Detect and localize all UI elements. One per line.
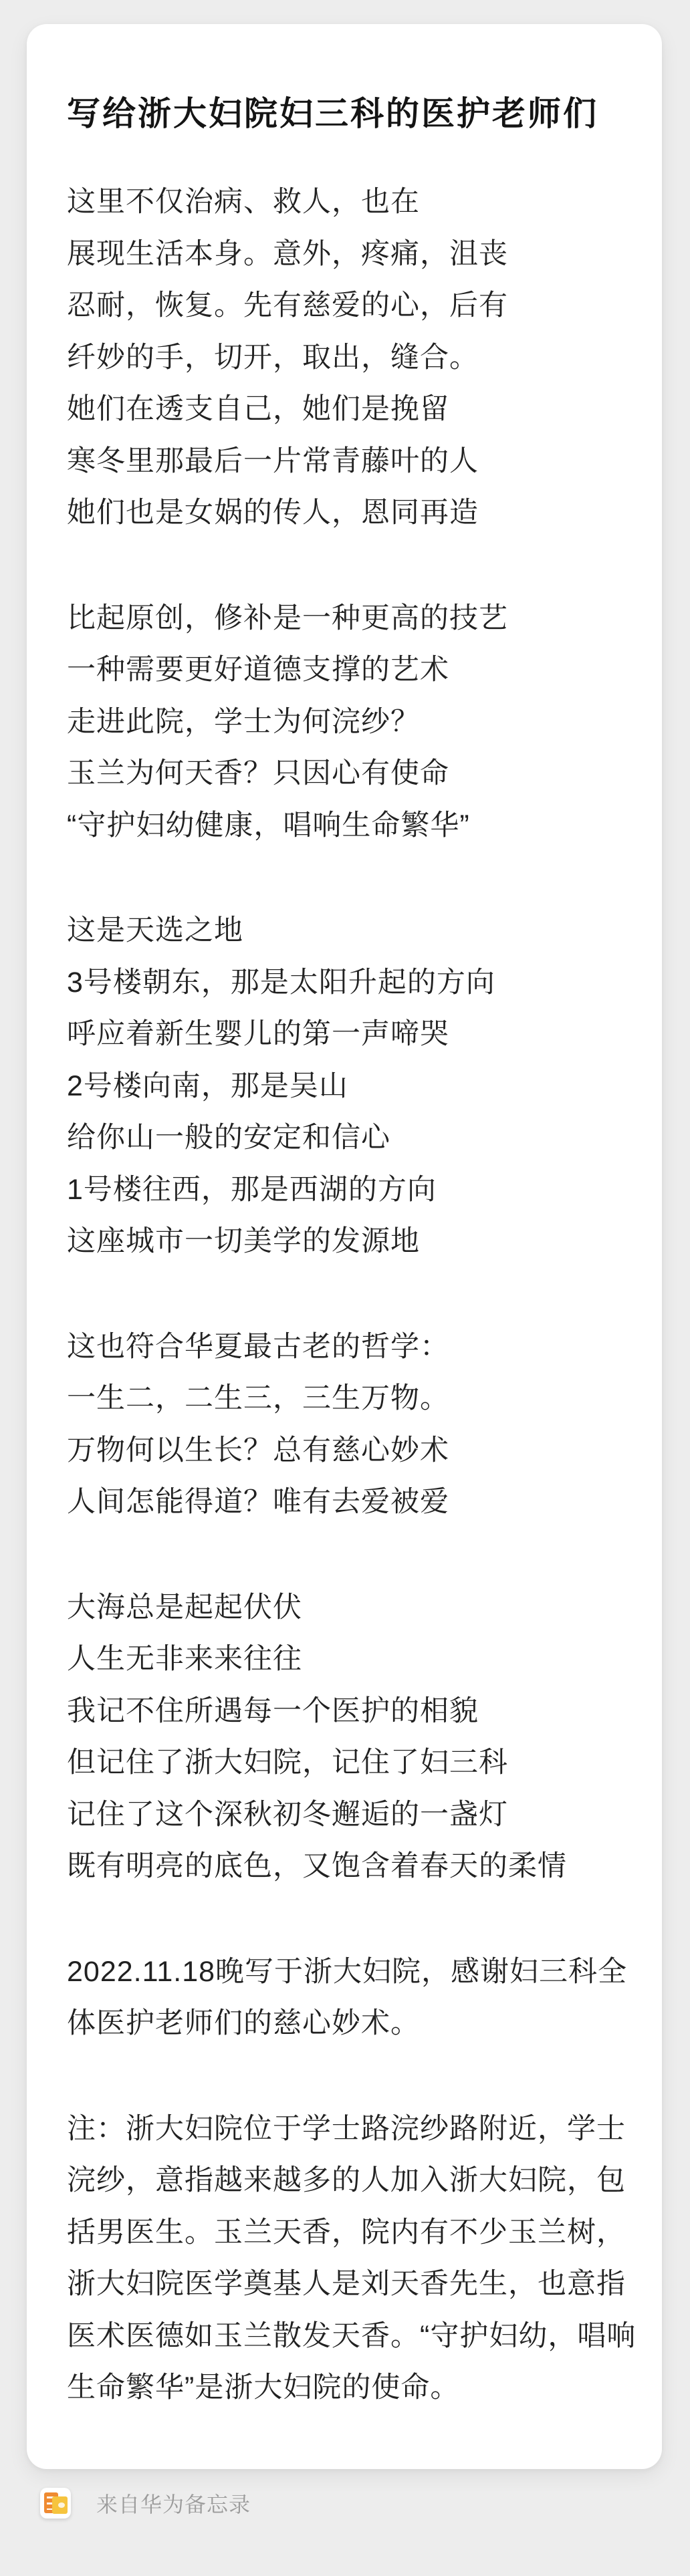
poem-line: 人间怎能得道？唯有去爱被爱 [67,1476,622,1529]
source-attribution[interactable]: 来自华为备忘录 [40,2488,251,2519]
stanza: 2022.11.18晚写于浙大妇院，感谢妇三科全体医护老师们的慈心妙术。 [67,1946,622,2050]
stanza: 比起原创，修补是一种更高的技艺一种需要更好道德支撑的艺术走进此院，学士为何浣纱？… [67,593,622,852]
poem-line: 但记住了浙大妇院，记住了妇三科 [67,1737,622,1789]
poem-line: 这座城市一切美学的发源地 [67,1216,622,1268]
stanza: 注：浙大妇院位于学士路浣纱路附近，学士浣纱，意指越来越多的人加入浙大妇院，包括男… [67,2103,622,2414]
poem-line: 生命繁华”是浙大妇院的使命。 [67,2362,622,2414]
poem-line: 忍耐，恢复。先有慈爱的心，后有 [67,280,622,332]
note-card: 写给浙大妇院妇三科的医护老师们 这里不仅治病、救人，也在展现生活本身。意外，疼痛… [27,24,662,2469]
huawei-notes-icon [40,2488,71,2519]
poem-line: 我记不住所遇每一个医护的相貌 [67,1686,622,1738]
poem-line: 大海总是起起伏伏 [67,1582,622,1634]
poem-line: 这是天选之地 [67,905,622,957]
note-body: 这里不仅治病、救人，也在展现生活本身。意外，疼痛，沮丧忍耐，恢复。先有慈爱的心，… [67,176,622,2414]
poem-line: 3号楼朝东，那是太阳升起的方向 [67,957,622,1009]
share-page: 写给浙大妇院妇三科的医护老师们 这里不仅治病、救人，也在展现生活本身。意外，疼痛… [0,0,690,2576]
stanza: 这也符合华夏最古老的哲学：一生二，二生三，三生万物。万物何以生长？总有慈心妙术人… [67,1321,622,1529]
poem-line: 既有明亮的底色，又饱含着春天的柔情 [67,1841,622,1893]
stanza: 这里不仅治病、救人，也在展现生活本身。意外，疼痛，沮丧忍耐，恢复。先有慈爱的心，… [67,176,622,539]
poem-line: 呼应着新生婴儿的第一声啼哭 [67,1009,622,1061]
poem-line: 2022.11.18晚写于浙大妇院，感谢妇三科全 [67,1946,622,1999]
poem-line: 寒冬里那最后一片常青藤叶的人 [67,436,622,488]
poem-line: 1号楼往西，那是西湖的方向 [67,1164,622,1216]
poem-line: 一生二，二生三，三生万物。 [67,1373,622,1425]
poem-line: 括男医生。玉兰天香，院内有不少玉兰树， [67,2207,622,2259]
poem-line: 比起原创，修补是一种更高的技艺 [67,593,622,645]
note-title: 写给浙大妇院妇三科的医护老师们 [67,83,622,144]
poem-line: 玉兰为何天香？只因心有使命 [67,748,622,800]
stanza: 大海总是起起伏伏人生无非来来往往我记不住所遇每一个医护的相貌但记住了浙大妇院，记… [67,1582,622,1893]
poem-line: 一种需要更好道德支撑的艺术 [67,644,622,696]
poem-line: 注：浙大妇院位于学士路浣纱路附近，学士 [67,2103,622,2156]
notes-page-glyph [52,2496,68,2514]
poem-line: 展现生活本身。意外，疼痛，沮丧 [67,229,622,281]
poem-line: 体医护老师们的慈心妙术。 [67,1998,622,2050]
poem-line: 浙大妇院医学奠基人是刘天香先生，也意指 [67,2259,622,2311]
source-label: 来自华为备忘录 [96,2488,251,2519]
poem-line: 浣纱，意指越来越多的人加入浙大妇院，包 [67,2155,622,2207]
poem-line: 这里不仅治病、救人，也在 [67,176,622,229]
stanza: 这是天选之地3号楼朝东，那是太阳升起的方向呼应着新生婴儿的第一声啼哭2号楼向南，… [67,905,622,1268]
poem-line: 给你山一般的安定和信心 [67,1112,622,1164]
poem-line: 记住了这个深秋初冬邂逅的一盏灯 [67,1789,622,1841]
poem-line: 纤妙的手，切开，取出，缝合。 [67,332,622,384]
poem-line: 2号楼向南，那是吴山 [67,1061,622,1113]
poem-line: 这也符合华夏最古老的哲学： [67,1321,622,1374]
poem-line: 走进此院，学士为何浣纱？ [67,696,622,749]
poem-line: 她们也是女娲的传人，恩同再造 [67,487,622,539]
poem-line: 人生无非来来往往 [67,1634,622,1686]
poem-line: 医术医德如玉兰散发天香。“守护妇幼，唱响 [67,2311,622,2363]
poem-line: 她们在透支自己，她们是挽留 [67,384,622,436]
poem-line: 万物何以生长？总有慈心妙术 [67,1425,622,1477]
poem-line: “守护妇幼健康，唱响生命繁华” [67,800,622,852]
